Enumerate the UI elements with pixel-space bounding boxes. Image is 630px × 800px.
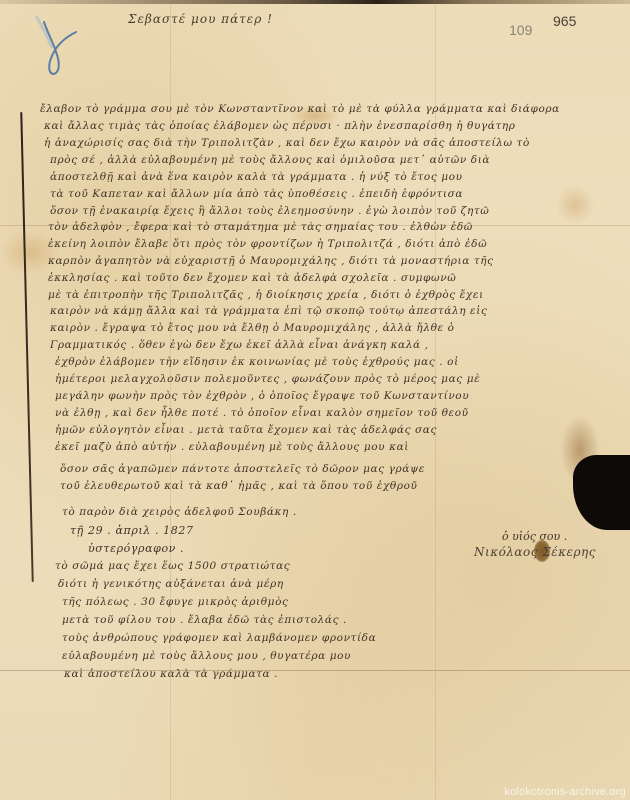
body-line: νὰ ἐλθῃ , καὶ δεν ἦλθε ποτέ . τὸ ὁποῖον … [55, 407, 469, 419]
body-line: ὅσον σᾶς ἀγαπῶμεν πάντοτε ἀποστελεῖς τὸ … [60, 463, 425, 475]
salutation: Σεβαστέ μου πάτερ ! [128, 12, 273, 26]
postscript-heading: ὑστερόγραφον . [88, 542, 184, 555]
postscript-line: τῆς πόλεως . 30 ἔφυγε μικρὸς ἀριθμὸς [62, 596, 288, 608]
postscript-line: τὸ σῶμά μας ἔχει ἕως 1500 στρατιώτας [55, 560, 290, 572]
body-line: ἐχθρὸν ἐλάβομεν τὴν εἴδησιν ἐκ κοινωνίας… [55, 356, 459, 368]
postscript-line: τοὺς ἀνθρώπους γράφομεν καὶ λαμβάνομεν φ… [62, 632, 376, 644]
torn-hole [573, 455, 630, 530]
body-line: τοῦ ἐλευθερωτοῦ καὶ τὰ καθ᾽ ἡμᾶς , καὶ τ… [60, 480, 418, 492]
body-line: καρπὸν ἀγαπητὸν νὰ εὐχαριστῇ ὁ Μαυρομιχά… [48, 255, 494, 267]
body-line: μὲ τὰ ἐπιτροπὴν τῆς Τριπολιτζᾶς , ἡ διοί… [48, 289, 484, 301]
watermark: kolokotronis-archive.org [504, 786, 626, 798]
body-line: τὸν ἀδελφὸν , ἔφερα καὶ τὸ σταμάτημα μὲ … [48, 221, 473, 233]
postscript-line: διότι ἡ γενικότης αὐξάνεται ἀνὰ μέρη [58, 578, 284, 590]
age-stain [0, 230, 60, 275]
closing: ὁ υἱός σου . [502, 530, 567, 543]
body-line: τὰ τοῦ Καπεταν καὶ ἄλλων μία ἀπὸ τὰς ὑπο… [50, 188, 463, 200]
body-line: ἐκκλησίας . καὶ τοῦτο δεν ἔχομεν καὶ τὰ … [48, 272, 456, 284]
body-line: Γραμματικός . ὅθεν ἐγὼ δεν ἔχω ἐκεῖ ἀλλὰ… [50, 339, 429, 351]
body-line: ἡμέτεροι μελαγχολοῦσιν πολεμοῦντες , φων… [55, 373, 480, 385]
body-line: ἔλαβον τὸ γράμμα σου μὲ τὸν Κωνσταντῖνον… [40, 103, 560, 115]
body-line: ἡ ἀναχώρισίς σας διὰ τὴν Τριπολιτζὰν , κ… [44, 137, 530, 149]
body-line: μεγάλην φωνὴν πρὸς τὸν ἐχθρὸν , ὁ ὁποῖος… [55, 390, 469, 402]
letter-date: τῇ 29 . ἀπριλ . 1827 [70, 524, 194, 537]
document-scan: 109 965 Σεβαστέ μου πάτερ ! ἔλαβον τὸ γρ… [0, 0, 630, 800]
postscript-line: εὐλαβουμένη μὲ τοὺς ἄλλους μου , θυγατέρ… [62, 650, 351, 662]
blue-pencil-mark-icon [30, 12, 80, 78]
body-line: ἀποστελθῇ καὶ ἀνὰ ἕνα καιρὸν καλὰ τὰ γρά… [50, 171, 463, 183]
body-line: καιρὸν . ἔγραψα τὸ ἔτος μου νὰ ἔλθῃ ὁ Μα… [50, 322, 455, 334]
body-line: πρὸς σέ , ἀλλὰ εὐλαβουμένη μὲ τοὺς ἄλλου… [50, 154, 490, 166]
postscript-line: μετὰ τοῦ φίλου του . ἔλαβα ἐδῶ τὰς ἐπιστ… [62, 614, 347, 626]
postscript-line: καὶ ἀποστείλου καλὰ τὰ γράμματα . [64, 668, 278, 680]
signature: Νικόλαος Σέκερης [474, 545, 596, 559]
pencil-folio-number: 109 [509, 22, 532, 38]
torn-top-edge [0, 0, 630, 4]
age-stain [555, 185, 595, 225]
body-line: ἡμῶν εὐλογητὸν εἶναι . μετὰ ταῦτα ἔχομεν… [55, 424, 437, 436]
body-line: ἐκείνη λοιπὸν ἔλαβε ὅτι πρὸς τὸν φροντίζ… [48, 238, 487, 250]
body-line: καιρὸν νὰ κάμῃ ἄλλα καὶ τὰ γράμματα ἐπὶ … [50, 305, 487, 317]
margin-rule [20, 112, 33, 582]
body-line: ὅσον τῇ ἐνακαιρίᾳ ἔχεις ἢ ἄλλοι τοὺς ἐλε… [50, 205, 489, 217]
body-line: καὶ ἄλλας τιμὰς τὰς ὁποίας ἐλάβομεν ὡς π… [44, 120, 516, 132]
body-line: τὸ παρὸν διὰ χειρὸς ἀδελφοῦ Σουβάκη . [62, 506, 297, 518]
body-line: ἐκεῖ μαζὺ ἀπὸ αὐτήν . εὐλαβουμένη μὲ τοὺ… [55, 441, 409, 453]
catalog-number: 965 [553, 13, 576, 29]
